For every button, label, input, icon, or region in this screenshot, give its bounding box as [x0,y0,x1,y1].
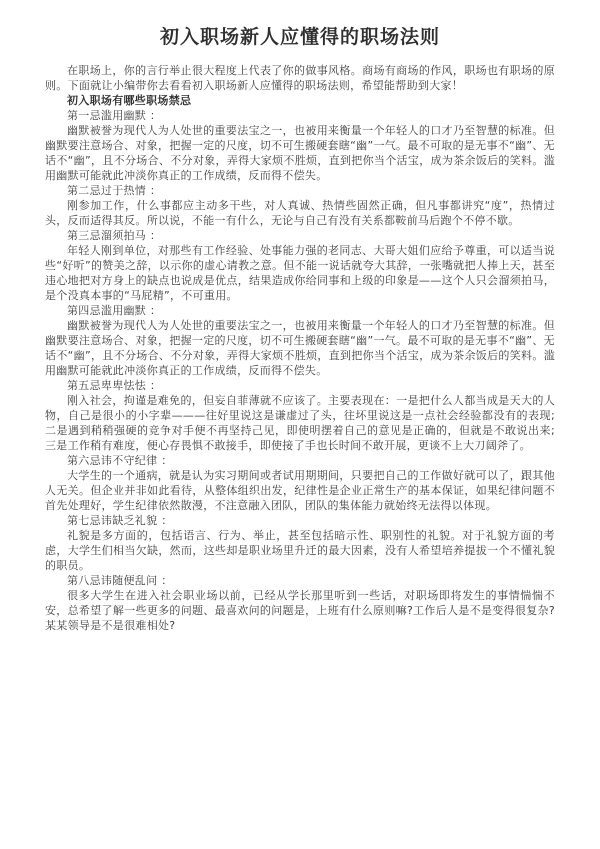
taboo-5-heading: 第五忌卑卑怯怯 ： [45,378,555,393]
taboo-2-heading: 第二忌过于热情 ： [45,183,555,198]
taboo-7-heading: 第七忌讳缺乏礼貌 ： [45,513,555,528]
taboo-6-paragraph: 大学生的一个通病，就是认为实习期间或者试用期期间，只要把自己的工作做好就可以了，… [45,468,555,513]
section-subheading: 初入职场有哪些职场禁忌 [45,93,555,108]
taboo-1-heading: 第一忌滥用幽默 ： [45,108,555,123]
taboo-2-paragraph: 刚参加工作，什么事都应主动多干些，对人真诚、热情些固然正确，但凡事都讲究“度”，… [45,198,555,228]
taboo-1-paragraph: 幽默被誉为现代人为人处世的重要法宝之一，也被用来衡量一个年轻人的口才乃至智慧的标… [45,123,555,183]
page-title: 初入职场新人应懂得的职场法则 [45,22,555,49]
taboo-8-paragraph: 很多大学生在进入社会职业场以前，已经从学长那里听到一些话，对职场即将发生的事情惴… [45,588,555,633]
taboo-5-paragraph: 刚入社会，拘谨是难免的，但妄自菲薄就不应该了。主要表现在：一是把什么人都当成是天… [45,393,555,453]
taboo-4-paragraph: 幽默被誉为现代人为人处世的重要法宝之一，也被用来衡量一个年轻人的口才乃至智慧的标… [45,318,555,378]
document-page: 初入职场新人应懂得的职场法则 在职场上，你的言行举止很大程度上代表了你的做事风格… [0,0,600,849]
taboo-7-paragraph: 礼貌是多方面的，包括语言、行为、举止，甚至包括暗示性、职别性的礼貌。对于礼貌方面… [45,528,555,573]
taboo-4-heading: 第四忌滥用幽默 ： [45,303,555,318]
taboo-8-heading: 第八忌讳随便乱问 ： [45,573,555,588]
taboo-3-paragraph: 年轻人刚到单位，对那些有工作经验、处事能力强的老同志、大哥大姐们应给予尊重，可以… [45,243,555,303]
taboo-3-heading: 第三忌溜须拍马 ： [45,228,555,243]
taboo-6-heading: 第六忌讳不守纪律 ： [45,453,555,468]
intro-paragraph: 在职场上，你的言行举止很大程度上代表了你的做事风格。商场有商场的作风，职场也有职… [45,63,555,93]
